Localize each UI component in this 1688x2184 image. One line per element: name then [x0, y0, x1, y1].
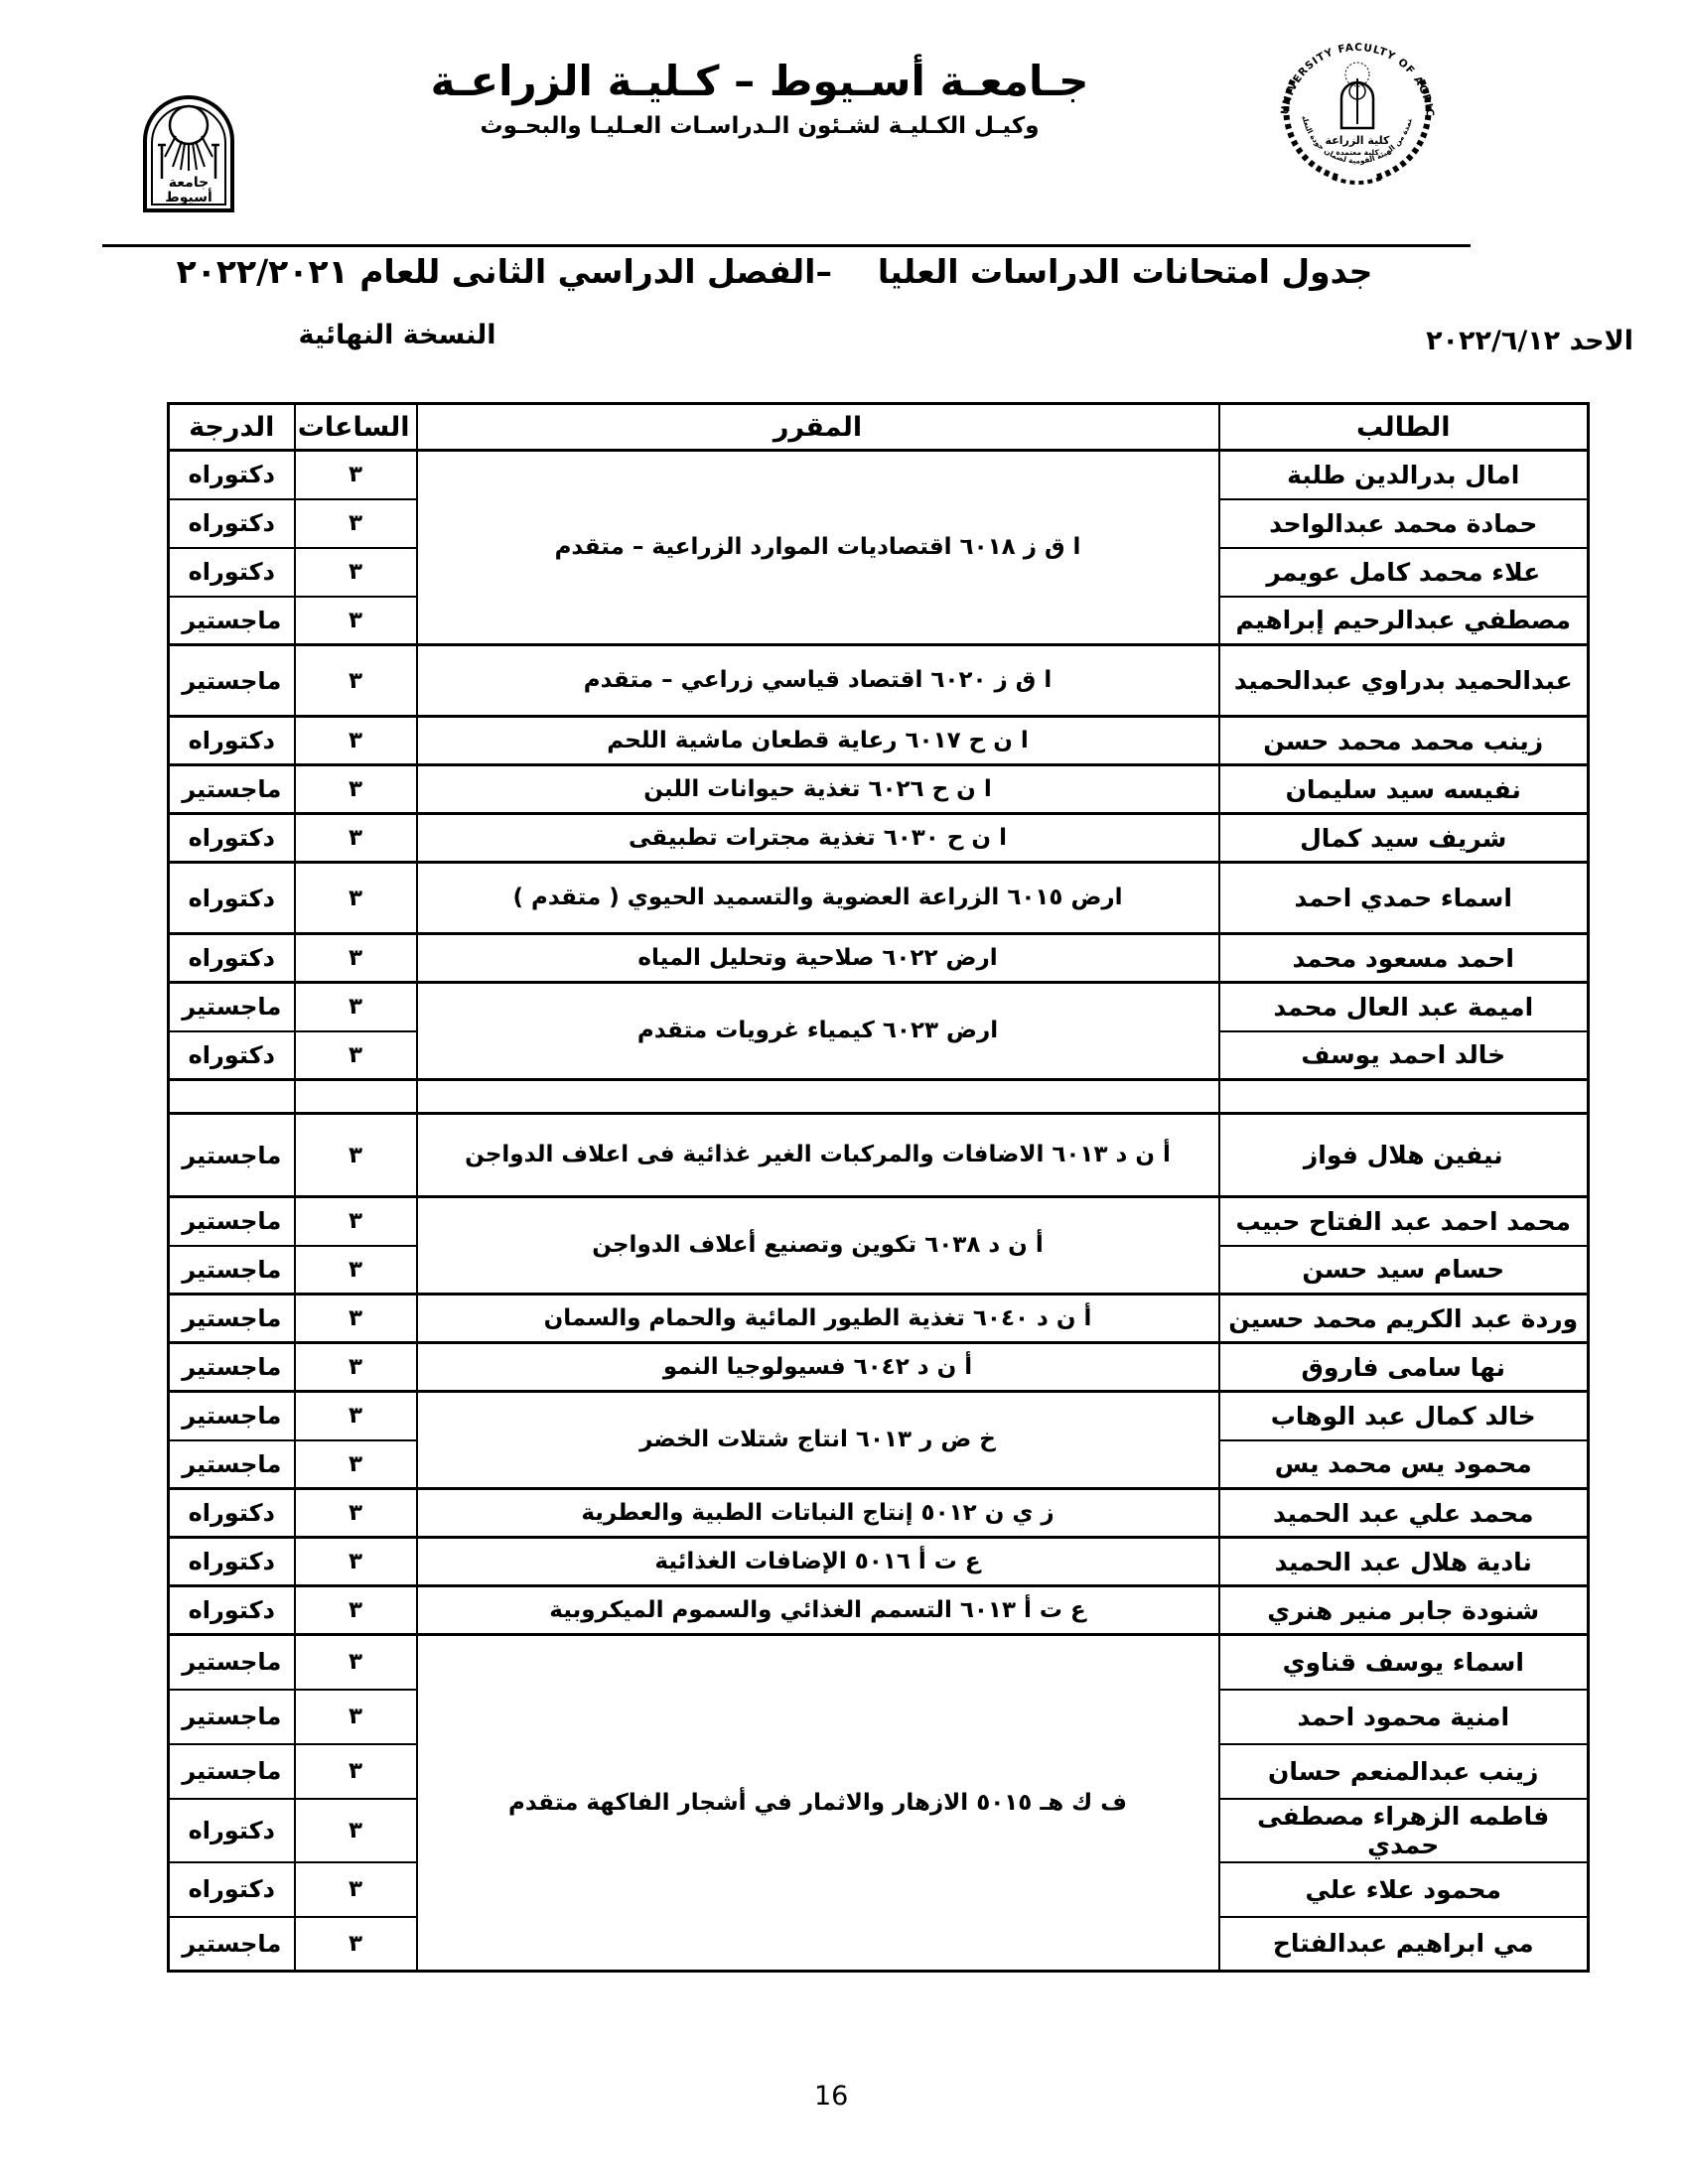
course-column-header: المقرر — [417, 404, 1219, 451]
table-row: امال بدرالدين طلبةا ق ز ٦٠١٨ اقتصاديات ا… — [169, 451, 1589, 499]
degree-cell: ماجستير — [169, 645, 295, 717]
degree-cell: ماجستير — [169, 597, 295, 645]
student-cell: حسام سيد حسن — [1219, 1246, 1589, 1295]
degree-cell: ماجستير — [169, 765, 295, 814]
degree-cell: دكتوراه — [169, 1489, 295, 1538]
hours-cell: ٣ — [295, 1197, 417, 1246]
degree-cell: دكتوراه — [169, 499, 295, 548]
table-row: محمد احمد عبد الفتاح حبيبأ ن د ٦٠٣٨ تكوي… — [169, 1197, 1589, 1246]
student-cell: اميمة عبد العال محمد — [1219, 983, 1589, 1031]
degree-cell: دكتوراه — [169, 934, 295, 983]
table-row: خالد كمال عبد الوهابخ ض ر ٦٠١٣ انتاج شتل… — [169, 1392, 1589, 1440]
course-cell — [417, 1080, 1219, 1114]
hours-cell: ٣ — [295, 1114, 417, 1197]
seal-center-line1: كلية الزراعة — [1326, 134, 1391, 147]
student-cell: فاطمه الزهراء مصطفى حمدي — [1219, 1799, 1589, 1862]
degree-cell: ماجستير — [169, 1917, 295, 1972]
hours-cell: ٣ — [295, 717, 417, 765]
hours-cell: ٣ — [295, 983, 417, 1031]
student-cell: مصطفي عبدالرحيم إبراهيم — [1219, 597, 1589, 645]
degree-cell: ماجستير — [169, 1635, 295, 1690]
course-cell: ا ن ح ٦٠١٧ رعاية قطعان ماشية اللحم — [417, 717, 1219, 765]
university-emblem-icon: جامعة أسيوط — [139, 83, 238, 214]
table-header-row: الطالب المقرر الساعات الدرجة — [169, 404, 1589, 451]
emblem-caption-line1: جامعة — [169, 175, 209, 191]
hours-cell: ٣ — [295, 1586, 417, 1635]
table-row: عبدالحميد بدراوي عبدالحميدا ق ز ٦٠٢٠ اقت… — [169, 645, 1589, 717]
course-cell: ا ن ح ٦٠٣٠ تغذية مجترات تطبيقى — [417, 814, 1219, 863]
table-row: اسماء حمدي احمدارض ٦٠١٥ الزراعة العضوية … — [169, 863, 1589, 934]
version-label: النسخة النهائية — [293, 320, 501, 350]
hours-cell: ٣ — [295, 451, 417, 499]
student-cell: زينب عبدالمنعم حسان — [1219, 1744, 1589, 1799]
degree-cell: دكتوراه — [169, 1031, 295, 1080]
hours-cell: ٣ — [295, 499, 417, 548]
course-cell: ا ن ح ٦٠٢٦ تغذية حيوانات اللبن — [417, 765, 1219, 814]
course-cell: ارض ٦٠٢٣ كيمياء غرويات متقدم — [417, 983, 1219, 1080]
student-cell: زينب محمد محمد حسن — [1219, 717, 1589, 765]
student-cell: شنودة جابر منير هنري — [1219, 1586, 1589, 1635]
table-row — [169, 1080, 1589, 1114]
hours-cell: ٣ — [295, 1295, 417, 1343]
date-label: الاحد ٢٠٢٢/٦/١٢ — [1426, 326, 1633, 356]
degree-cell: دكتوراه — [169, 548, 295, 597]
degree-cell: ماجستير — [169, 1440, 295, 1489]
exam-table-body: امال بدرالدين طلبةا ق ز ٦٠١٨ اقتصاديات ا… — [169, 451, 1589, 1972]
degree-cell: ماجستير — [169, 1343, 295, 1392]
table-row: زينب محمد محمد حسنا ن ح ٦٠١٧ رعاية قطعان… — [169, 717, 1589, 765]
degree-cell: ماجستير — [169, 1744, 295, 1799]
table-row: نها سامى فاروقأ ن د ٦٠٤٢ فسيولوجيا النمو… — [169, 1343, 1589, 1392]
table-row: اسماء يوسف قناويف ك هـ ٥٠١٥ الازهار والا… — [169, 1635, 1589, 1690]
student-cell: خالد كمال عبد الوهاب — [1219, 1392, 1589, 1440]
degree-cell: دكتوراه — [169, 1538, 295, 1586]
hours-cell: ٣ — [295, 1635, 417, 1690]
exam-schedule-table: الطالب المقرر الساعات الدرجة امال بدرالد… — [167, 402, 1590, 1973]
student-cell: خالد احمد يوسف — [1219, 1031, 1589, 1080]
student-cell: عبدالحميد بدراوي عبدالحميد — [1219, 645, 1589, 717]
document-title: جدول امتحانات الدراسات العليا –الفصل الد… — [169, 252, 1380, 291]
emblem-caption-line2: أسيوط — [165, 188, 212, 205]
hours-cell: ٣ — [295, 1690, 417, 1744]
student-cell: مي ابراهيم عبدالفتاح — [1219, 1917, 1589, 1972]
degree-cell: دكتوراه — [169, 1862, 295, 1917]
degree-cell: ماجستير — [169, 1246, 295, 1295]
hours-cell: ٣ — [295, 1862, 417, 1917]
course-cell: ف ك هـ ٥٠١٥ الازهار والاثمار في أشجار ال… — [417, 1635, 1219, 1972]
student-cell: محمد علي عبد الحميد — [1219, 1489, 1589, 1538]
hours-column-header: الساعات — [295, 404, 417, 451]
student-cell: نيفين هلال فواز — [1219, 1114, 1589, 1197]
student-cell: حمادة محمد عبدالواحد — [1219, 499, 1589, 548]
hours-cell: ٣ — [295, 1538, 417, 1586]
degree-cell: دكتوراه — [169, 1799, 295, 1862]
degree-cell: دكتوراه — [169, 814, 295, 863]
course-cell: ز ي ن ٥٠١٢ إنتاج النباتات الطبية والعطري… — [417, 1489, 1219, 1538]
table-row: نيفين هلال فوازأ ن د ٦٠١٣ الاضافات والمر… — [169, 1114, 1589, 1197]
course-cell: أ ن د ٦٠٤٠ تغذية الطيور المائية والحمام … — [417, 1295, 1219, 1343]
hours-cell: ٣ — [295, 1246, 417, 1295]
degree-cell: ماجستير — [169, 1690, 295, 1744]
degree-cell: ماجستير — [169, 1197, 295, 1246]
course-cell: أ ن د ٦٠٣٨ تكوين وتصنيع أعلاف الدواجن — [417, 1197, 1219, 1295]
table-row: احمد مسعود محمدارض ٦٠٢٢ صلاحية وتحليل ال… — [169, 934, 1589, 983]
vice-dean-subtitle: وكيـل الكـليـة لشـئون الـدراسـات العـليـ… — [348, 113, 1172, 139]
table-row: اميمة عبد العال محمدارض ٦٠٢٣ كيمياء غروي… — [169, 983, 1589, 1031]
hours-cell — [295, 1080, 417, 1114]
course-cell: ع ت أ ٥٠١٦ الإضافات الغذائية — [417, 1538, 1219, 1586]
degree-cell: ماجستير — [169, 1114, 295, 1197]
faculty-seal-icon: ASSIUT UNIVERSITY FACULTY OF AGRICULTURE… — [1263, 28, 1452, 199]
hours-cell: ٣ — [295, 1031, 417, 1080]
student-cell — [1219, 1080, 1589, 1114]
hours-cell: ٣ — [295, 934, 417, 983]
hours-cell: ٣ — [295, 1392, 417, 1440]
svg-text:ASSIUT UNIVERSITY FACULTY OF A: ASSIUT UNIVERSITY FACULTY OF AGRICULTURE — [1263, 28, 1436, 120]
seal-top-text: ASSIUT UNIVERSITY FACULTY OF AGRICULTURE — [1263, 28, 1436, 120]
hours-cell: ٣ — [295, 1440, 417, 1489]
course-cell: خ ض ر ٦٠١٣ انتاج شتلات الخضر — [417, 1392, 1219, 1489]
degree-cell: دكتوراه — [169, 451, 295, 499]
student-cell: نفيسه سيد سليمان — [1219, 765, 1589, 814]
student-cell: امال بدرالدين طلبة — [1219, 451, 1589, 499]
hours-cell: ٣ — [295, 1744, 417, 1799]
table-row: نادية هلال عبد الحميدع ت أ ٥٠١٦ الإضافات… — [169, 1538, 1589, 1586]
degree-cell: دكتوراه — [169, 1586, 295, 1635]
hours-cell: ٣ — [295, 548, 417, 597]
student-cell: شريف سيد كمال — [1219, 814, 1589, 863]
student-cell: نها سامى فاروق — [1219, 1343, 1589, 1392]
table-row: وردة عبد الكريم محمد حسينأ ن د ٦٠٤٠ تغذي… — [169, 1295, 1589, 1343]
table-row: شنودة جابر منير هنريع ت أ ٦٠١٣ التسمم ال… — [169, 1586, 1589, 1635]
hours-cell: ٣ — [295, 1343, 417, 1392]
course-cell: ا ق ز ٦٠٢٠ اقتصاد قياسي زراعي – متقدم — [417, 645, 1219, 717]
course-cell: ارض ٦٠٢٢ صلاحية وتحليل المياه — [417, 934, 1219, 983]
student-cell: وردة عبد الكريم محمد حسين — [1219, 1295, 1589, 1343]
student-cell: محمود علاء علي — [1219, 1862, 1589, 1917]
hours-cell: ٣ — [295, 863, 417, 934]
degree-cell: دكتوراه — [169, 863, 295, 934]
hours-cell: ٣ — [295, 597, 417, 645]
hours-cell: ٣ — [295, 645, 417, 717]
student-cell: علاء محمد كامل عويمر — [1219, 548, 1589, 597]
header: جـامعـة أسـيوط – كـليـة الزراعـة وكيـل ا… — [348, 58, 1172, 139]
hours-cell: ٣ — [295, 765, 417, 814]
hours-cell: ٣ — [295, 1917, 417, 1972]
degree-cell: ماجستير — [169, 1392, 295, 1440]
degree-cell — [169, 1080, 295, 1114]
student-cell: محمود يس محمد يس — [1219, 1440, 1589, 1489]
course-cell: أ ن د ٦٠١٣ الاضافات والمركبات الغير غذائ… — [417, 1114, 1219, 1197]
student-cell: اسماء حمدي احمد — [1219, 863, 1589, 934]
hours-cell: ٣ — [295, 1489, 417, 1538]
course-cell: ا ق ز ٦٠١٨ اقتصاديات الموارد الزراعية – … — [417, 451, 1219, 645]
course-cell: ارض ٦٠١٥ الزراعة العضوية والتسميد الحيوي… — [417, 863, 1219, 934]
table-row: شريف سيد كمالا ن ح ٦٠٣٠ تغذية مجترات تطب… — [169, 814, 1589, 863]
degree-column-header: الدرجة — [169, 404, 295, 451]
page-number: 16 — [814, 2081, 848, 2112]
degree-cell: ماجستير — [169, 983, 295, 1031]
student-cell: امنية محمود احمد — [1219, 1690, 1589, 1744]
course-cell: ع ت أ ٦٠١٣ التسمم الغذائي والسموم الميكر… — [417, 1586, 1219, 1635]
table-row: محمد علي عبد الحميدز ي ن ٥٠١٢ إنتاج النب… — [169, 1489, 1589, 1538]
table-row: نفيسه سيد سليمانا ن ح ٦٠٢٦ تغذية حيوانات… — [169, 765, 1589, 814]
student-cell: محمد احمد عبد الفتاح حبيب — [1219, 1197, 1589, 1246]
student-cell: نادية هلال عبد الحميد — [1219, 1538, 1589, 1586]
hours-cell: ٣ — [295, 1799, 417, 1862]
hours-cell: ٣ — [295, 814, 417, 863]
degree-cell: ماجستير — [169, 1295, 295, 1343]
header-divider — [102, 244, 1471, 247]
course-cell: أ ن د ٦٠٤٢ فسيولوجيا النمو — [417, 1343, 1219, 1392]
degree-cell: دكتوراه — [169, 717, 295, 765]
document-page: جامعة أسيوط جـامعـة أسـيوط – كـليـة الزر… — [0, 0, 1688, 2184]
student-cell: احمد مسعود محمد — [1219, 934, 1589, 983]
student-cell: اسماء يوسف قناوي — [1219, 1635, 1589, 1690]
university-title: جـامعـة أسـيوط – كـليـة الزراعـة — [348, 58, 1172, 105]
student-column-header: الطالب — [1219, 404, 1589, 451]
